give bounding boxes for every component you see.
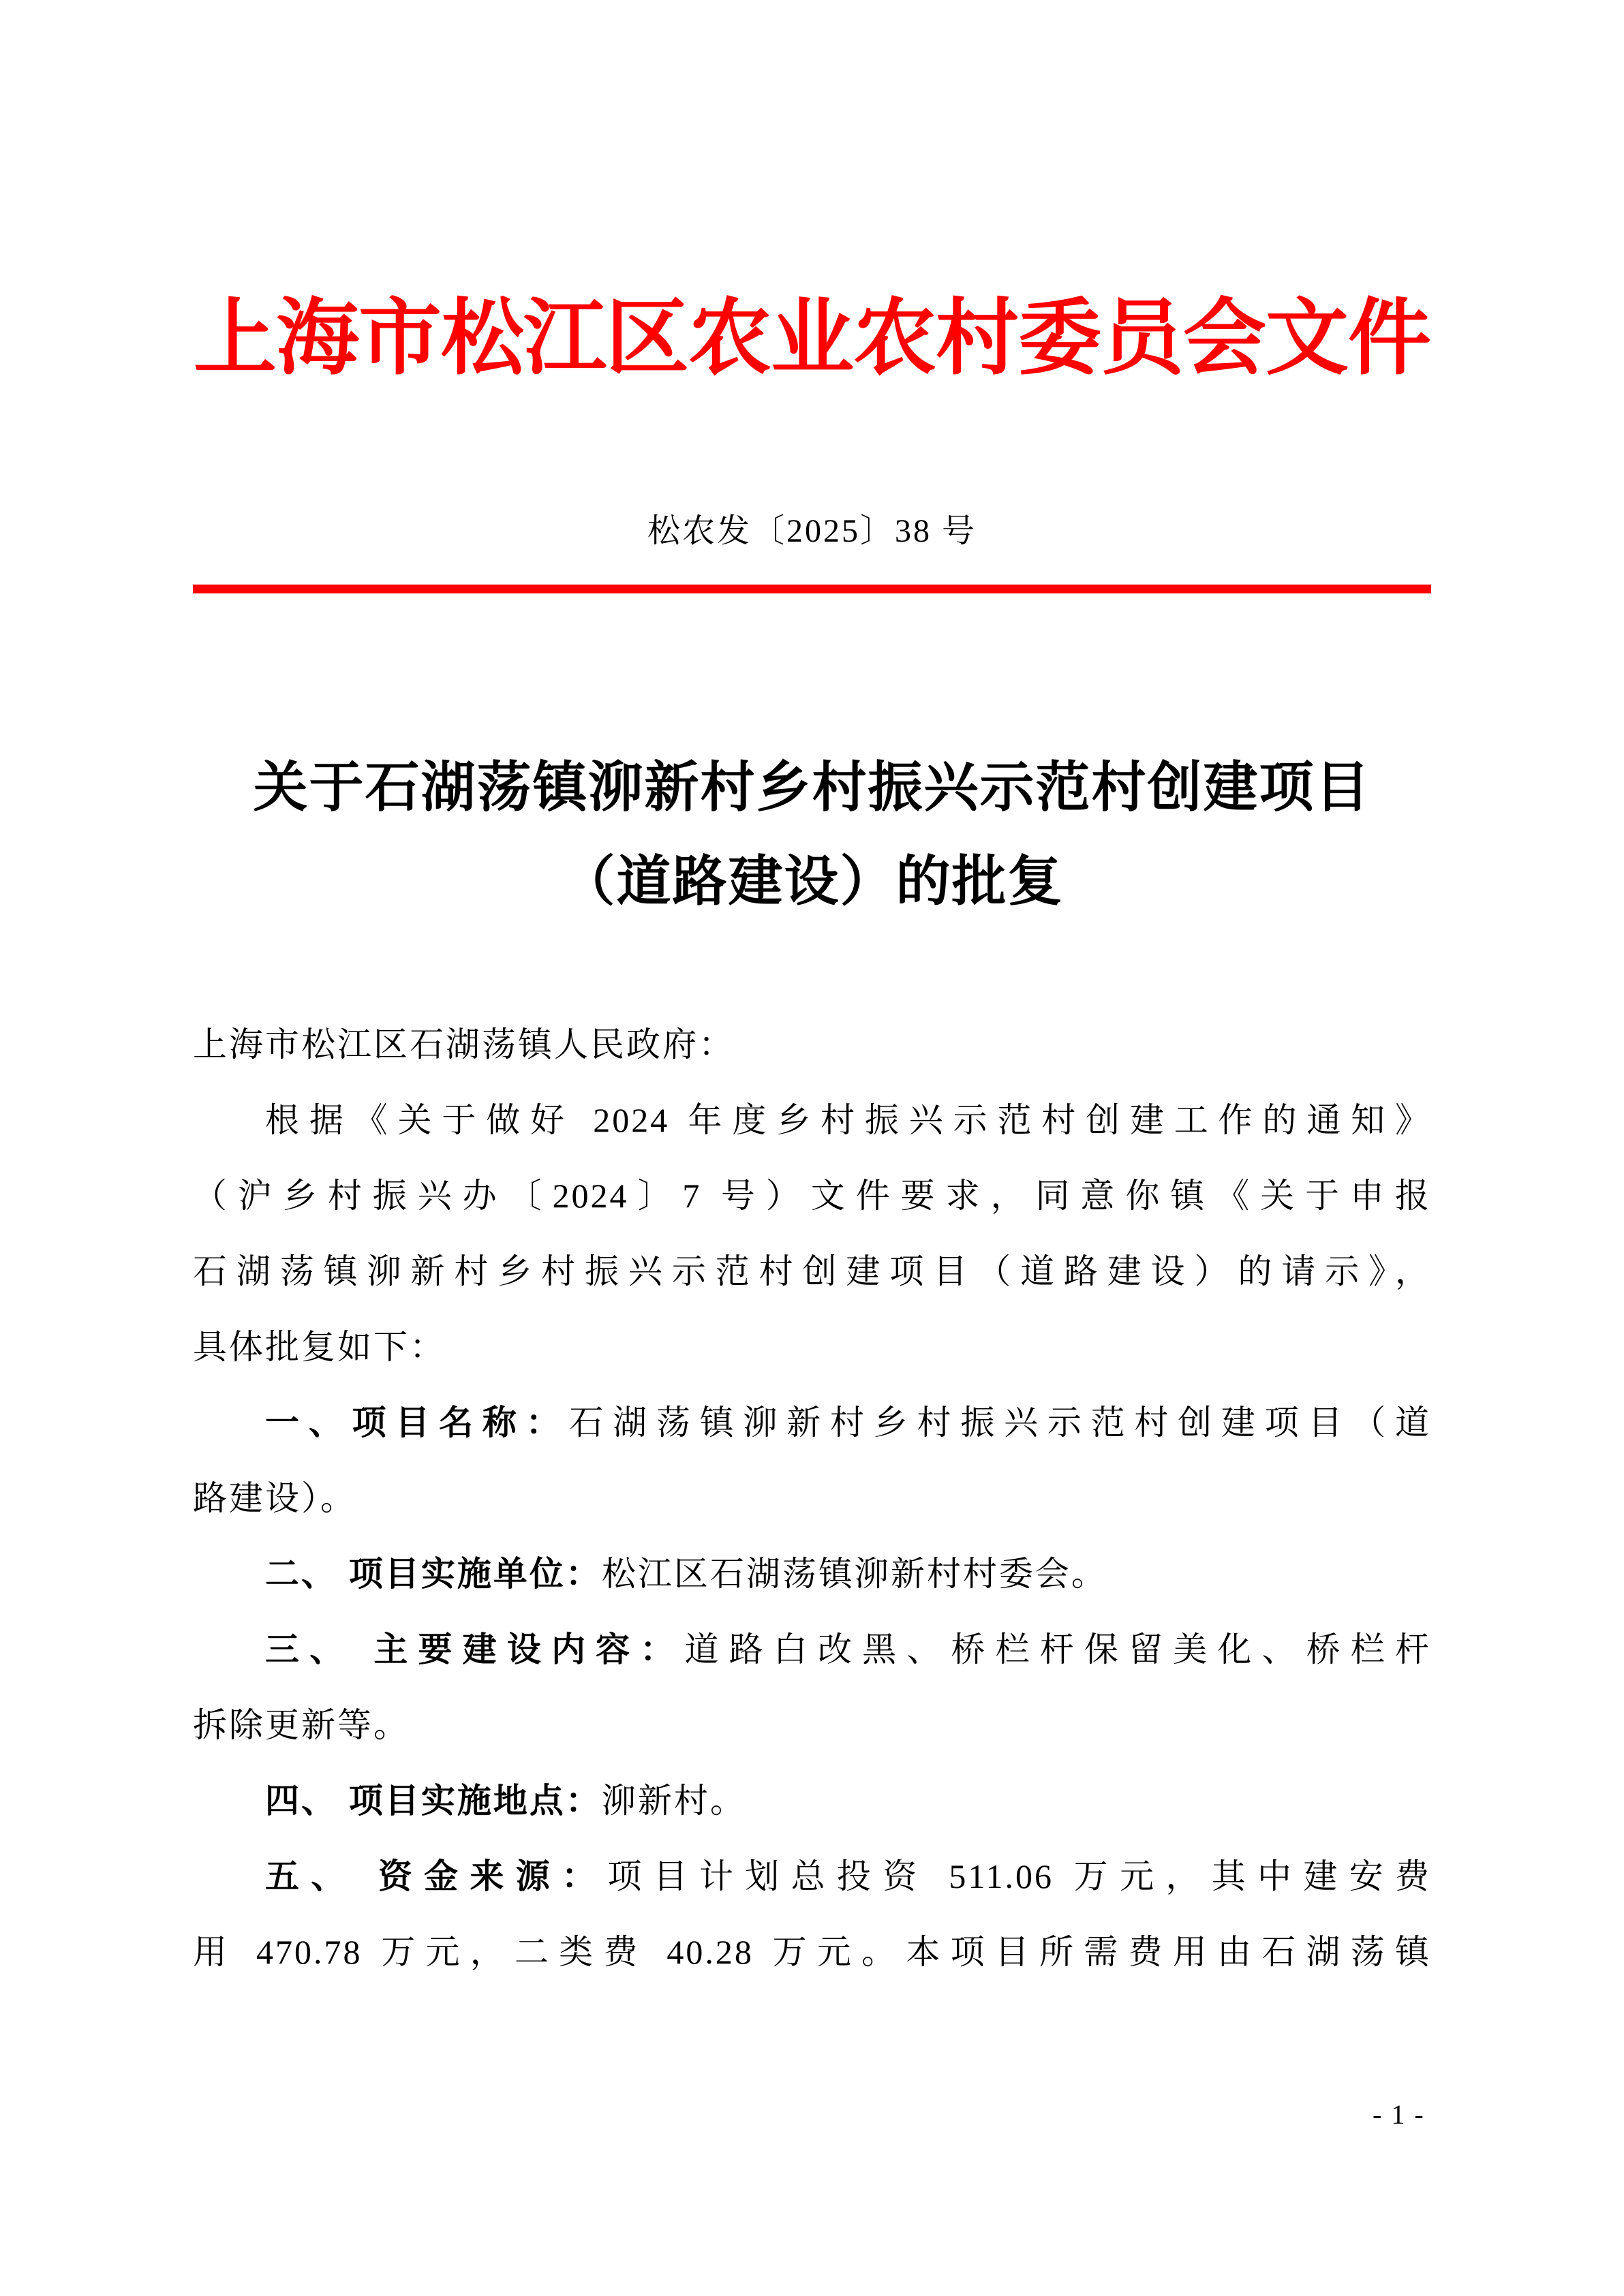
body-line-text: （沪乡村振兴办〔2024〕7 号）文件要求，同意你镇《关于申报 [193,1177,1431,1215]
body-line-text: 项目计划总投资 511.06 万元，其中建安费 [607,1857,1431,1895]
document-title: 关于石湖荡镇泖新村乡村振兴示范村创建项目 （道路建设）的批复 [193,741,1431,929]
body-line-salutation: 上海市松江区石湖荡镇人民政府： [193,1007,1431,1083]
body-line-label: 一、项目名称： [265,1403,569,1442]
document-body: 上海市松江区石湖荡镇人民政府： 根据《关于做好 2024 年度乡村振兴示范村创建… [193,1007,1431,1990]
body-line-text: 泖新村。 [602,1782,746,1820]
body-line-text: 拆除更新等。 [193,1706,410,1744]
body-line-label: 五、 资金来源： [265,1857,607,1895]
body-line-text: 松江区石湖荡镇泖新村村委会。 [602,1555,1107,1593]
body-line-label: 二、 项目实施单位： [265,1555,602,1593]
body-line: （沪乡村振兴办〔2024〕7 号）文件要求，同意你镇《关于申报 [193,1158,1431,1234]
body-line: 拆除更新等。 [193,1688,1431,1763]
document-title-line1: 关于石湖荡镇泖新村乡村振兴示范村创建项目 [193,741,1431,835]
body-line-text: 石湖荡镇泖新村乡村振兴示范村创建项目（道路建设）的请示》， [193,1252,1431,1290]
body-line: 石湖荡镇泖新村乡村振兴示范村创建项目（道路建设）的请示》， [193,1234,1431,1309]
body-line-text: 道路白改黑、桥栏杆保留美化、桥栏杆 [684,1630,1431,1669]
body-line-item-1: 一、项目名称：石湖荡镇泖新村乡村振兴示范村创建项目（道 [193,1385,1431,1461]
body-line-text: 路建设）。 [193,1479,356,1517]
body-line-item-3: 三、 主要建设内容：道路白改黑、桥栏杆保留美化、桥栏杆 [193,1612,1431,1688]
document-page: 上海市松江区农业农村委员会文件 松农发〔2025〕38 号 关于石湖荡镇泖新村乡… [0,0,1624,2296]
body-line: 具体批复如下： [193,1309,1431,1385]
body-line: 用 470.78 万元，二类费 40.28 万元。本项目所需费用由石湖荡镇 [193,1914,1431,1990]
document-header-title: 上海市松江区农业农村委员会文件 [193,271,1431,390]
body-line: 路建设）。 [193,1461,1431,1536]
body-line-text: 用 470.78 万元，二类费 40.28 万元。本项目所需费用由石湖荡镇 [193,1933,1431,1971]
page-number: - 1 - [1373,2098,1425,2130]
body-line-item-5: 五、 资金来源：项目计划总投资 511.06 万元，其中建安费 [193,1839,1431,1914]
body-line-text: 石湖荡镇泖新村乡村振兴示范村创建项目（道 [569,1403,1431,1442]
body-line-label: 三、 主要建设内容： [265,1630,684,1669]
document-number: 松农发〔2025〕38 号 [193,504,1431,551]
document-title-line2: （道路建设）的批复 [193,835,1431,929]
body-line-text: 上海市松江区石湖荡镇人民政府： [193,1025,735,1064]
body-line-item-2: 二、 项目实施单位：松江区石湖荡镇泖新村村委会。 [193,1536,1431,1612]
body-line-text: 具体批复如下： [193,1328,446,1366]
red-divider-line [193,585,1431,593]
body-line: 根据《关于做好 2024 年度乡村振兴示范村创建工作的通知》 [193,1083,1431,1158]
body-line-item-4: 四、 项目实施地点：泖新村。 [193,1763,1431,1839]
body-line-text: 根据《关于做好 2024 年度乡村振兴示范村创建工作的通知》 [265,1101,1431,1139]
body-line-label: 四、 项目实施地点： [265,1782,602,1820]
